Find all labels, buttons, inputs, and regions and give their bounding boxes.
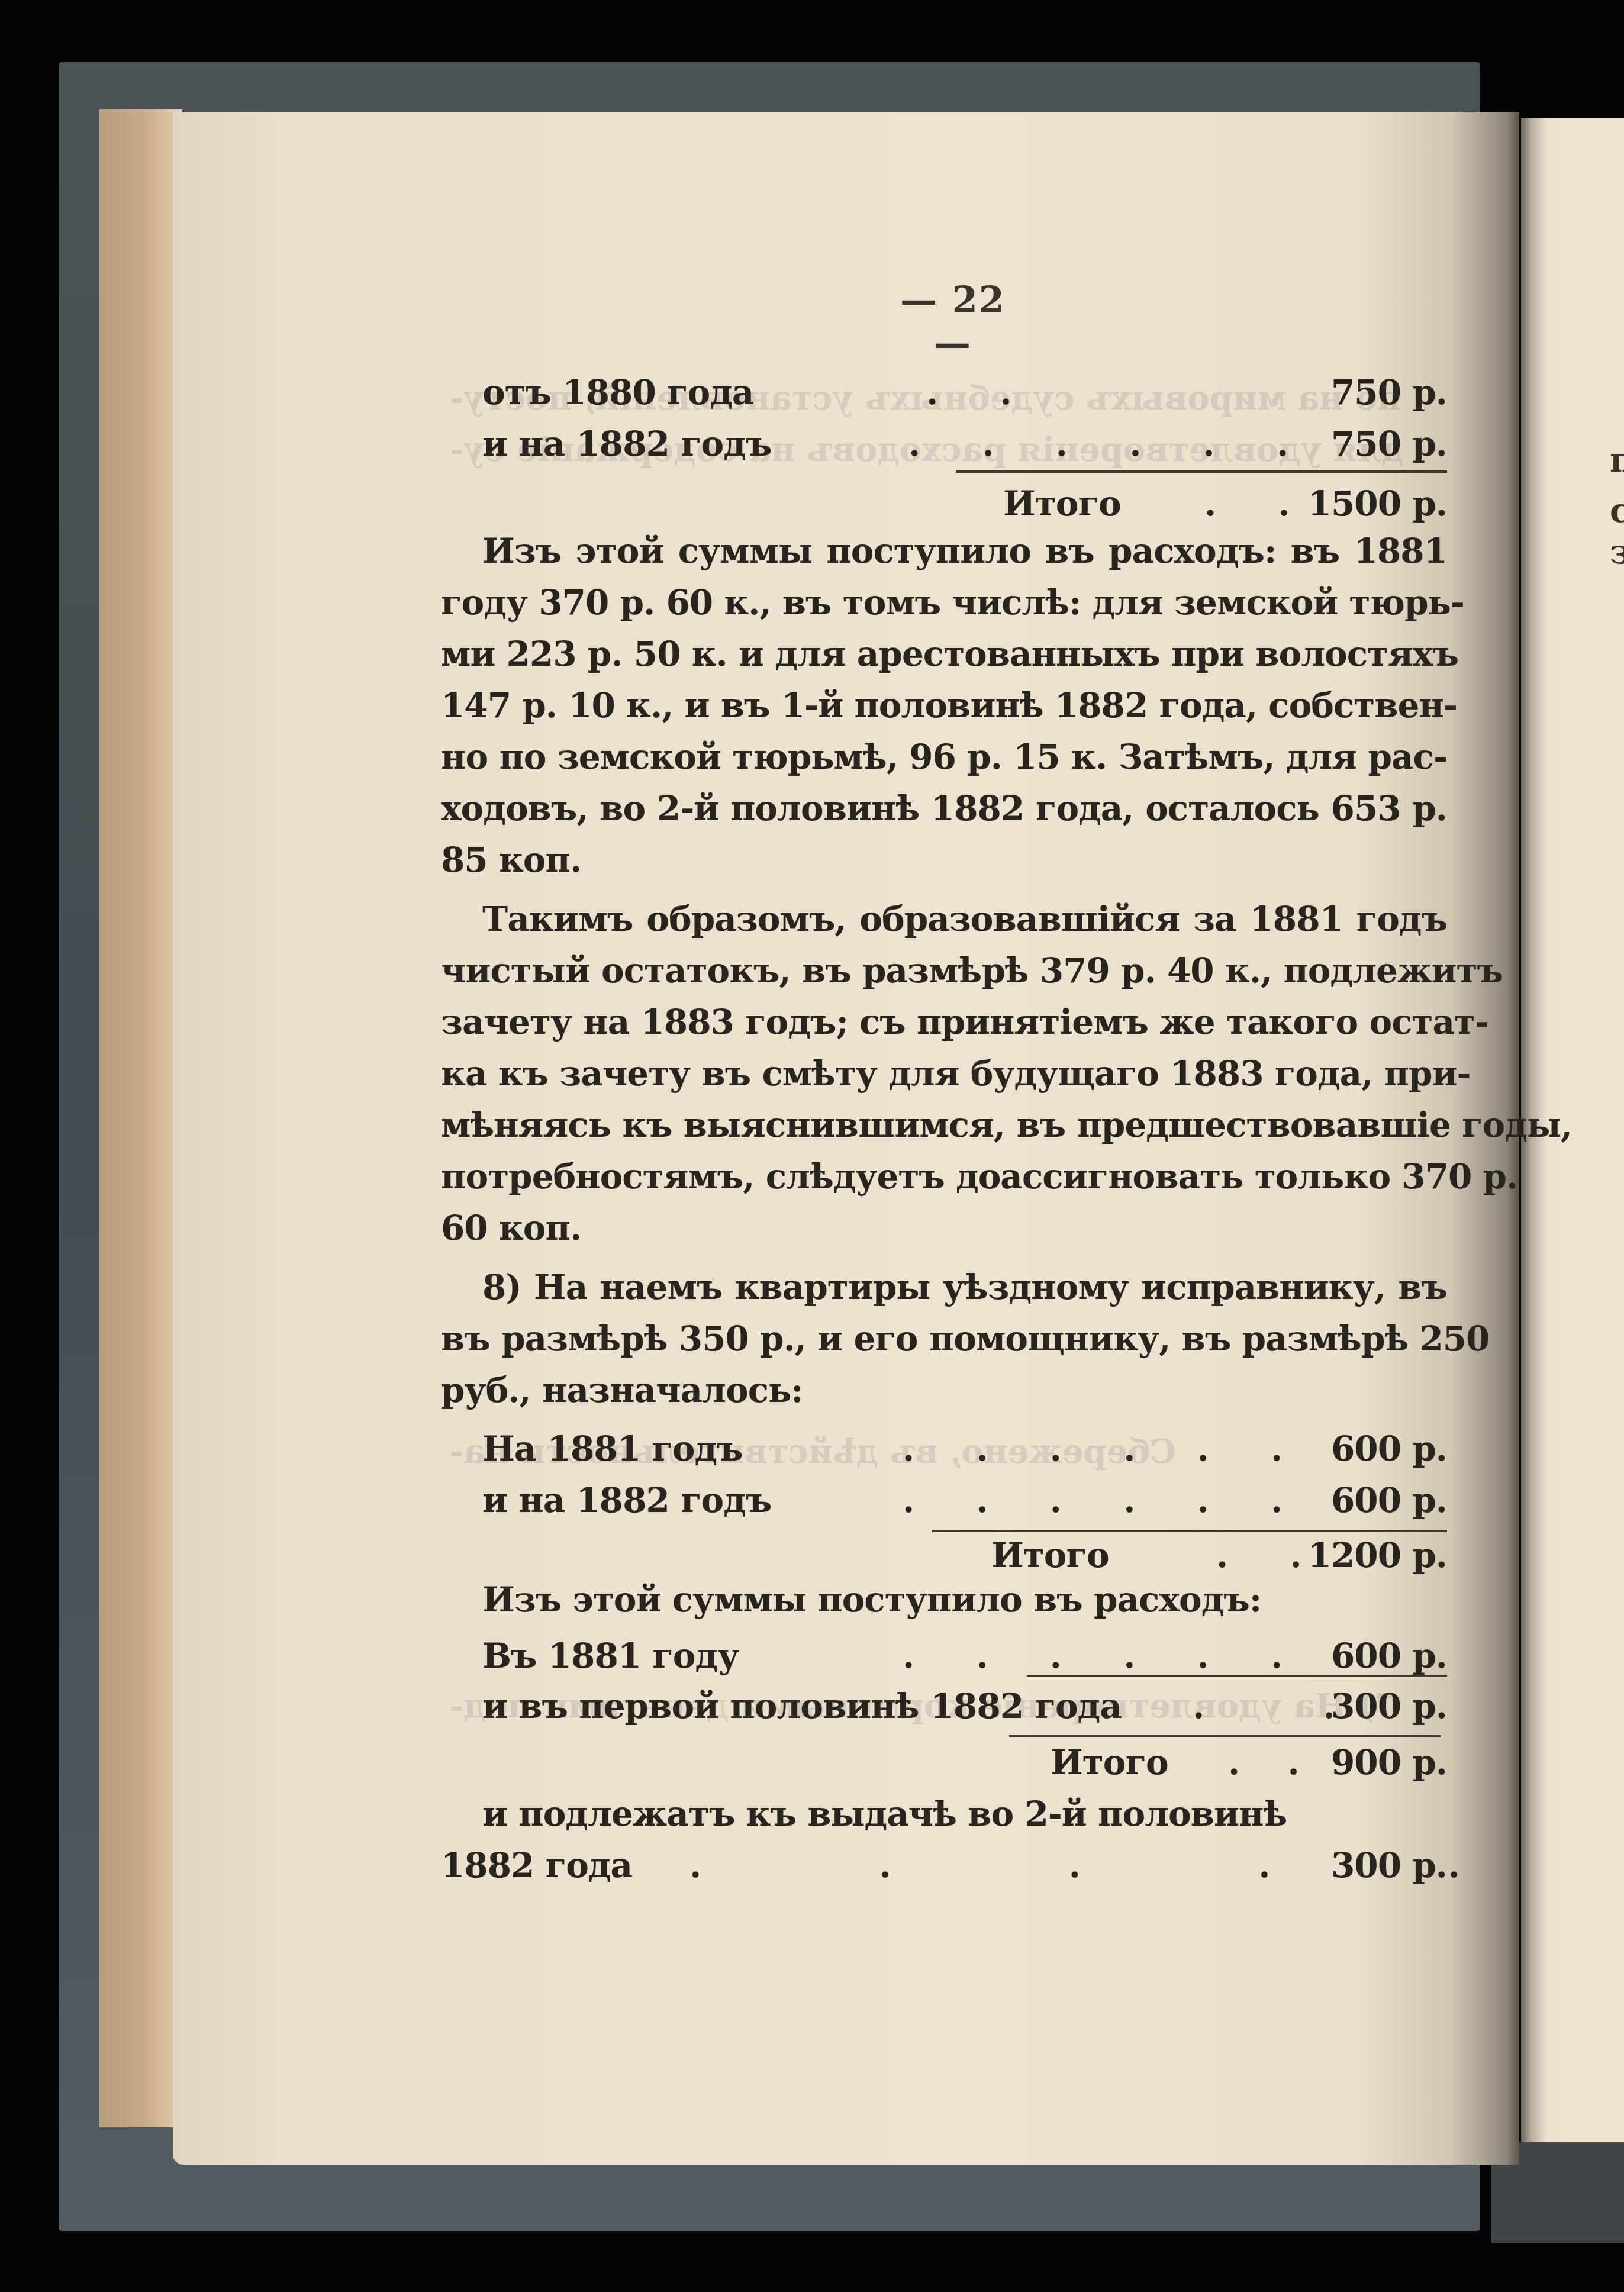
- text-line: чистый остатокъ, въ размѣрѣ 379 р. 40 к.…: [441, 945, 1447, 997]
- ledger-label: и въ первой половинѣ 1882 года: [482, 1681, 1122, 1732]
- text-line: ми 223 р. 50 к. и для арестованныхъ при …: [441, 628, 1447, 680]
- flyleaf-strip: [99, 109, 182, 2127]
- ledger-label: На 1881 годъ: [482, 1423, 743, 1475]
- leader-dots: . .: [926, 367, 1037, 418]
- ledger-row: и на 1882 годъ . . . . . . 600 р.: [441, 1475, 1447, 1526]
- text-line: Такимъ образомъ, образовавшійся за 1881 …: [441, 894, 1447, 945]
- ledger-amount: 750 р.: [1331, 367, 1447, 418]
- ledger-amount: 600 р.: [1331, 1475, 1447, 1526]
- ledger-total-row: Итого . . 900 р.: [441, 1737, 1447, 1788]
- ledger-label: отъ 1880 года: [482, 367, 753, 418]
- total-label: Итого: [991, 1530, 1109, 1581]
- text-line: ка къ зачету въ смѣту для будущаго 1883 …: [441, 1048, 1447, 1100]
- text-line: мѣняясь къ выяснившимся, въ предшествова…: [441, 1100, 1447, 1151]
- sum-rule-hidden: [1027, 1675, 1447, 1677]
- text-line: Изъ этой суммы поступило въ расходъ: въ …: [441, 526, 1447, 577]
- text-line: году 370 р. 60 к., въ томъ числѣ: для зе…: [441, 577, 1447, 628]
- ledger-row: и на 1882 годъ . . . . . . 750 р.: [441, 418, 1447, 470]
- leader-dots: . . . . . .: [903, 1423, 1307, 1475]
- next-page-fragment: с: [1610, 491, 1624, 530]
- text-line: но по земской тюрьмѣ, 96 р. 15 к. Затѣмъ…: [441, 731, 1447, 783]
- text-line: зачету на 1883 годъ; съ принятіемъ же та…: [441, 997, 1447, 1048]
- ledger-label: и на 1882 годъ: [482, 1475, 771, 1526]
- ledger-row: отъ 1880 года . . 750 р.: [441, 367, 1447, 418]
- text-line: 60 коп.: [441, 1203, 1447, 1254]
- ledger-label: 1882 года: [441, 1840, 632, 1891]
- ledger-amount: 600 р.: [1331, 1423, 1447, 1475]
- text-line: 147 р. 10 к., и въ 1-й половинѣ 1882 год…: [441, 680, 1447, 731]
- text-line: 8) На наемъ квартиры уѣздному исправнику…: [441, 1262, 1447, 1313]
- next-page-fragment: п: [1610, 441, 1624, 480]
- ledger-total-row: Итого . . 1200 р.: [441, 1530, 1447, 1581]
- total-amount: 900 р.: [1331, 1737, 1447, 1788]
- ledger-amount: 300 р.: [1331, 1840, 1447, 1891]
- text-line: 85 коп.: [441, 834, 1447, 886]
- page-number: — 22 —: [876, 278, 1030, 365]
- ledger-amount: 750 р.: [1331, 418, 1447, 470]
- ledger-row: и въ первой половинѣ 1882 года . . 300 р…: [441, 1681, 1447, 1732]
- total-label: Итого: [1051, 1737, 1168, 1788]
- leader-dots: . . . . . .: [903, 1475, 1307, 1526]
- leader-dots: . . . . . .: [689, 1840, 1624, 1891]
- ledger-row: 1882 года . . . . . . 300 р.: [441, 1840, 1447, 1891]
- text-line: и подлежатъ къ выдачѣ во 2-й половинѣ: [441, 1788, 1488, 1840]
- text-line: Изъ этой суммы поступило въ расходъ:: [441, 1574, 1488, 1626]
- sum-rule: [956, 470, 1447, 473]
- ledger-label: и на 1882 годъ: [482, 418, 771, 470]
- total-label: Итого: [1003, 478, 1121, 530]
- leader-dots: . .: [1204, 478, 1315, 530]
- text-line: въ размѣрѣ 350 р., и его помощнику, въ р…: [441, 1313, 1447, 1365]
- leader-dots: . . . . . .: [908, 418, 1313, 470]
- leader-dots: . .: [1228, 1737, 1317, 1788]
- next-page-fragment: з: [1610, 533, 1624, 572]
- ledger-total-row: Итого . . 1500 р.: [441, 478, 1447, 530]
- text-line: руб., назначалось:: [441, 1365, 1447, 1416]
- text-line: ходовъ, во 2-й половинѣ 1882 года, остал…: [441, 783, 1447, 834]
- ledger-amount: 300 р.: [1331, 1681, 1447, 1732]
- text-line: потребностямъ, слѣдуетъ доассигновать то…: [441, 1151, 1447, 1203]
- total-amount: 1500 р.: [1308, 478, 1447, 530]
- ledger-row: На 1881 годъ . . . . . . 600 р.: [441, 1423, 1447, 1475]
- ledger-row-spacer: [441, 1630, 1447, 1682]
- total-amount: 1200 р.: [1308, 1530, 1447, 1581]
